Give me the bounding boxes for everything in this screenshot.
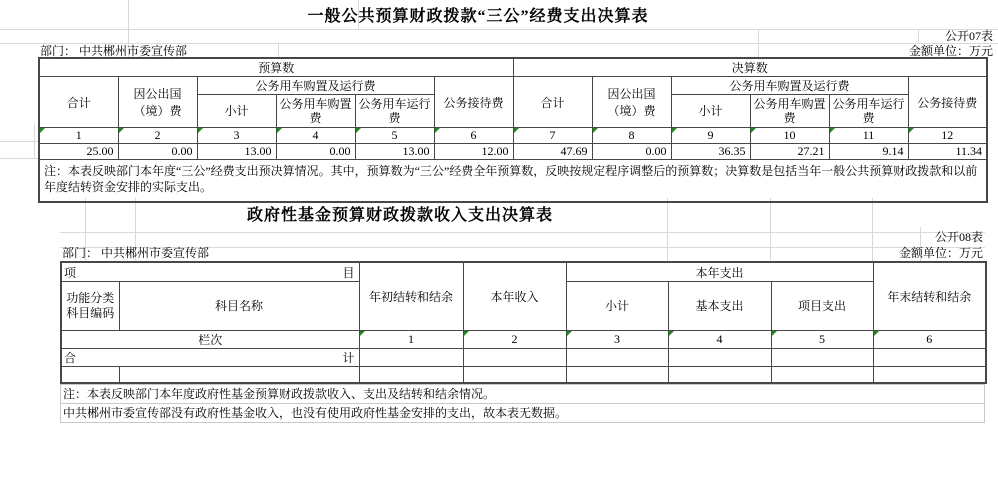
col-number-cell: 1	[359, 331, 463, 349]
col-number-cell: 3	[197, 128, 276, 144]
lanci-label: 栏次	[61, 331, 359, 349]
empty-cell	[359, 349, 463, 367]
green-corner-flag-icon	[909, 128, 914, 133]
col-number: 4	[717, 332, 723, 346]
col-number: 4	[313, 128, 319, 142]
header-basic-expenditure: 基本支出	[668, 282, 771, 331]
green-corner-flag-icon	[751, 128, 756, 133]
value-cell: 36.35	[671, 144, 750, 160]
col-number: 10	[784, 128, 796, 142]
header-function-code: 功能分类 科目编码	[61, 282, 119, 331]
value-cell: 13.00	[355, 144, 434, 160]
header-current-income: 本年收入	[463, 262, 566, 331]
col-number-cell: 5	[355, 128, 434, 144]
san-gong-expense-table: 预算数 决算数 合计 因公出国 （境）费 公务用车购置及运行费 公务接待费 合计…	[38, 57, 988, 203]
empty-cell	[61, 367, 119, 384]
col-number-cell: 6	[434, 128, 513, 144]
green-corner-flag-icon	[669, 331, 674, 336]
header-opening-balance: 年初结转和结余	[359, 262, 463, 331]
col-number: 2	[512, 332, 518, 346]
table1-title: 一般公共预算财政拨款“三公”经费支出决算表	[38, 7, 918, 27]
header-closing-balance: 年末结转和结余	[873, 262, 986, 331]
header-vehicle-purchase: 公务用车购置 费	[276, 95, 355, 128]
col-number: 3	[614, 332, 620, 346]
table2-note-line: 中共郴州市委宣传部没有政府性基金收入，也没有使用政府性基金安排的支出，故本表无数…	[60, 403, 985, 423]
header-vehicle-purchase: 公务用车购置 费	[750, 95, 829, 128]
col-number: 1	[76, 128, 82, 142]
final-section-header: 决算数	[513, 58, 987, 77]
col-number: 7	[550, 128, 556, 142]
green-corner-flag-icon	[277, 128, 282, 133]
col-number: 2	[155, 128, 161, 142]
col-number-cell: 3	[566, 331, 668, 349]
green-corner-flag-icon	[119, 128, 124, 133]
budget-report-page: { "colors": { "flag_triangle_green": "#1…	[0, 0, 998, 481]
col-number-cell: 9	[671, 128, 750, 144]
empty-cell	[771, 349, 873, 367]
value-cell: 0.00	[118, 144, 197, 160]
header-total: 合计	[39, 77, 118, 128]
budget-section-header: 预算数	[39, 58, 513, 77]
col-number: 9	[708, 128, 714, 142]
header-vehicle-group: 公务用车购置及运行费	[197, 77, 434, 95]
header-subject-name: 科目名称	[119, 282, 359, 331]
value-cell: 11.34	[908, 144, 987, 160]
col-number-cell: 4	[668, 331, 771, 349]
header-subtotal: 小计	[566, 282, 668, 331]
header-vehicle-group: 公务用车购置及运行费	[671, 77, 908, 95]
col-number-cell: 12	[908, 128, 987, 144]
empty-cell	[463, 349, 566, 367]
green-corner-flag-icon	[593, 128, 598, 133]
col-number: 5	[392, 128, 398, 142]
header-project-expenditure: 项目支出	[771, 282, 873, 331]
government-fund-table: 项 目 年初结转和结余 本年收入 本年支出 年末结转和结余 功能分类 科目编码 …	[60, 261, 987, 384]
value-cell: 25.00	[39, 144, 118, 160]
table2-unit: 金额单位：万元	[60, 246, 983, 260]
empty-cell	[771, 367, 873, 384]
table1-doc-label: 公开07表	[38, 29, 993, 43]
total-row-label: 合 计	[61, 349, 359, 367]
total-label-right: 计	[342, 349, 354, 366]
header-total: 合计	[513, 77, 592, 128]
green-corner-flag-icon	[435, 128, 440, 133]
col-number-cell: 7	[513, 128, 592, 144]
header-abroad-fee: 因公出国 （境）费	[592, 77, 671, 128]
value-cell: 47.69	[513, 144, 592, 160]
gridline	[0, 141, 38, 142]
gridline	[34, 124, 35, 158]
header-reception-fee: 公务接待费	[434, 77, 513, 128]
header-item: 项 目	[61, 262, 359, 282]
gridline	[0, 158, 38, 159]
table1-unit: 金额单位：万元	[38, 44, 993, 58]
col-number: 6	[926, 332, 932, 346]
green-corner-flag-icon	[360, 331, 365, 336]
col-number-cell: 1	[39, 128, 118, 144]
value-cell: 9.14	[829, 144, 908, 160]
col-number: 8	[629, 128, 635, 142]
green-corner-flag-icon	[356, 128, 361, 133]
empty-cell	[566, 349, 668, 367]
empty-cell	[668, 367, 771, 384]
col-number-cell: 6	[873, 331, 986, 349]
value-cell: 27.21	[750, 144, 829, 160]
green-corner-flag-icon	[830, 128, 835, 133]
header-subtotal: 小计	[671, 95, 750, 128]
green-corner-flag-icon	[40, 128, 45, 133]
green-corner-flag-icon	[874, 331, 879, 336]
col-number: 11	[863, 128, 875, 142]
col-number-cell: 11	[829, 128, 908, 144]
col-number: 3	[234, 128, 240, 142]
header-expenditure-group: 本年支出	[566, 262, 873, 282]
value-cell: 0.00	[276, 144, 355, 160]
col-number: 5	[819, 332, 825, 346]
value-cell: 12.00	[434, 144, 513, 160]
header-item-left: 项	[64, 264, 76, 281]
col-number: 1	[408, 332, 414, 346]
col-number-cell: 5	[771, 331, 873, 349]
table2-note-line: 注：本表反映部门本年度政府性基金预算财政拨款收入、支出及结转和结余情况。	[60, 384, 985, 404]
header-item-right: 目	[342, 264, 354, 281]
empty-cell	[119, 367, 359, 384]
table2-title: 政府性基金预算财政拨款收入支出决算表	[135, 206, 665, 226]
green-corner-flag-icon	[514, 128, 519, 133]
green-corner-flag-icon	[772, 331, 777, 336]
header-vehicle-operation: 公务用车运行 费	[355, 95, 434, 128]
empty-cell	[359, 367, 463, 384]
table2-doc-label: 公开08表	[60, 230, 983, 244]
header-subtotal: 小计	[197, 95, 276, 128]
green-corner-flag-icon	[567, 331, 572, 336]
col-number-cell: 8	[592, 128, 671, 144]
col-number-cell: 10	[750, 128, 829, 144]
green-corner-flag-icon	[464, 331, 469, 336]
col-number: 6	[471, 128, 477, 142]
header-reception-fee: 公务接待费	[908, 77, 987, 128]
empty-cell	[873, 349, 986, 367]
header-abroad-fee: 因公出国 （境）费	[118, 77, 197, 128]
col-number: 12	[941, 128, 953, 142]
value-cell: 13.00	[197, 144, 276, 160]
col-number-cell: 2	[463, 331, 566, 349]
value-cell: 0.00	[592, 144, 671, 160]
empty-cell	[566, 367, 668, 384]
col-number-cell: 2	[118, 128, 197, 144]
empty-cell	[873, 367, 986, 384]
total-label-left: 合	[64, 349, 76, 366]
empty-cell	[463, 367, 566, 384]
col-number-cell: 4	[276, 128, 355, 144]
green-corner-flag-icon	[198, 128, 203, 133]
green-corner-flag-icon	[672, 128, 677, 133]
empty-cell	[668, 349, 771, 367]
header-vehicle-operation: 公务用车运行 费	[829, 95, 908, 128]
table1-note: 注：本表反映部门本年度“三公”经费支出预决算情况。其中，预算数为“三公”经费全年…	[39, 160, 987, 203]
